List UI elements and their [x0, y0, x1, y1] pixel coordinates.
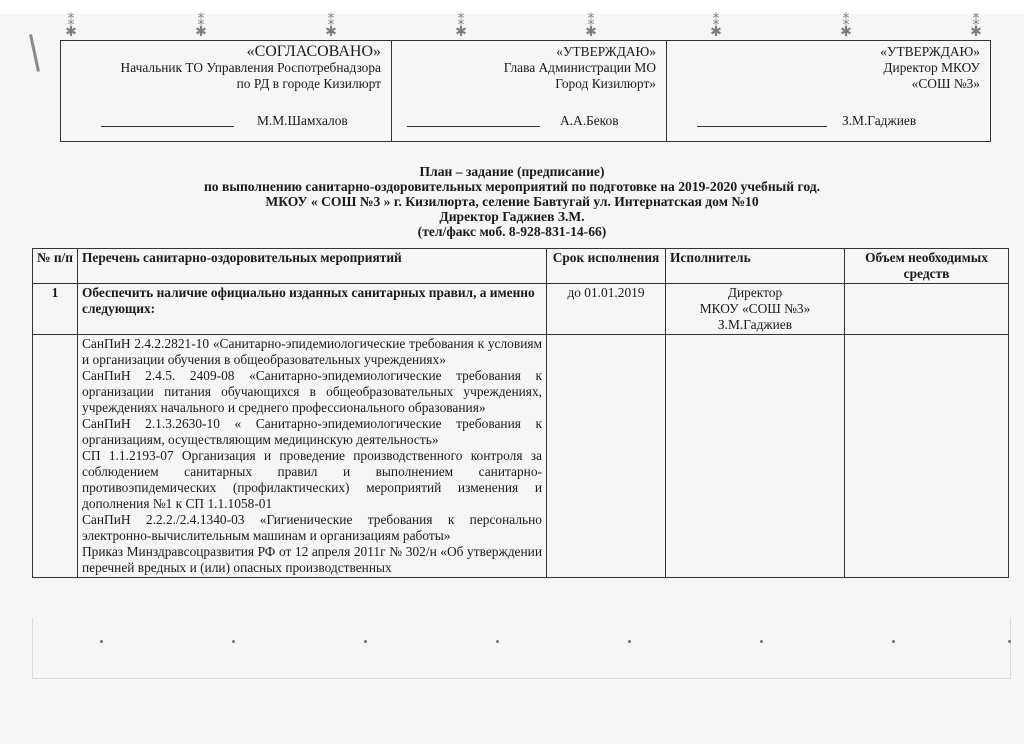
approval-director: «УТВЕРЖДАЮ» Директор МКОУ «СОШ №3» З.М.Г… [667, 41, 990, 141]
approval-stamp: «УТВЕРЖДАЮ» [880, 44, 980, 60]
table-header-row: № п/п Перечень санитарно-оздоровительных… [33, 249, 1009, 284]
stamp-mark-icon: ⁑✱ [580, 16, 602, 38]
approval-stamp: «СОГЛАСОВАНО» [121, 44, 381, 60]
document-item: СанПиН 2.1.3.2630-10 « Санитарно-эпидеми… [82, 416, 542, 448]
row-cost [845, 284, 1009, 335]
approval-line: по РД в городе Кизилюрт [121, 76, 381, 92]
approval-stamp: «УТВЕРЖДАЮ» [504, 44, 656, 60]
signature-line [101, 126, 234, 127]
scan-speck [100, 640, 103, 643]
document-item: Приказ Минздравсоцразвития РФ от 12 апре… [82, 544, 542, 576]
scan-speck [760, 640, 763, 643]
header-executor: Исполнитель [666, 249, 845, 284]
header-cost: Объем необходимых средств [845, 249, 1009, 284]
row-num: 1 [33, 284, 78, 335]
title-line: по выполнению санитарно-оздоровительных … [0, 179, 1024, 194]
approval-line: Директор МКОУ [880, 60, 980, 76]
bleed-through-table [32, 618, 1011, 679]
table-row: 1 Обеспечить наличие официально изданных… [33, 284, 1009, 335]
row-executor: Директор МКОУ «СОШ №3» З.М.Гаджиев [666, 284, 845, 335]
stamp-mark-icon: ⁑✱ [60, 16, 82, 38]
executor-line: Директор [670, 285, 840, 301]
signature-line [697, 126, 827, 127]
stamp-mark-icon: ⁑✱ [835, 16, 857, 38]
scan-speck [892, 640, 895, 643]
approval-line: «СОШ №3» [880, 76, 980, 92]
approval-line: Начальник ТО Управления Роспотребнадзора [121, 60, 381, 76]
plan-table: № п/п Перечень санитарно-оздоровительных… [32, 248, 1009, 578]
header-term: Срок исполнения [547, 249, 666, 284]
document-item: СанПиН 2.4.5. 2409-08 «Санитарно-эпидеми… [82, 368, 542, 416]
title-line: Директор Гаджиев З.М. [0, 209, 1024, 224]
approval-block: «СОГЛАСОВАНО» Начальник ТО Управления Ро… [60, 40, 991, 142]
row-activity: Обеспечить наличие официально изданных с… [78, 284, 547, 335]
row-num [33, 335, 78, 578]
header-num: № п/п [33, 249, 78, 284]
stamp-mark-icon: ⁑✱ [965, 16, 987, 38]
table-row: СанПиН 2.4.2.2821-10 «Санитарно-эпидемио… [33, 335, 1009, 578]
title-line: МКОУ « СОШ №3 » г. Кизилюрта, селение Ба… [0, 194, 1024, 209]
row-documents: СанПиН 2.4.2.2821-10 «Санитарно-эпидемио… [78, 335, 547, 578]
title-line: План – задание (предписание) [0, 164, 1024, 179]
executor-line: З.М.Гаджиев [670, 317, 840, 333]
header-activity: Перечень санитарно-оздоровительных мероп… [78, 249, 547, 284]
approval-agreed: «СОГЛАСОВАНО» Начальник ТО Управления Ро… [61, 41, 392, 141]
document-item: СП 1.1.2193-07 Организация и проведение … [82, 448, 542, 512]
row-cost [845, 335, 1009, 578]
title-line: (тел/факс моб. 8-928-831-14-66) [0, 224, 1024, 239]
stamp-mark-icon: ⁑✱ [320, 16, 342, 38]
document-title: План – задание (предписание) по выполнен… [0, 164, 1024, 239]
scan-speck [364, 640, 367, 643]
row-executor [666, 335, 845, 578]
stamp-mark-icon: ⁑✱ [450, 16, 472, 38]
executor-line: МКОУ «СОШ №3» [670, 301, 840, 317]
row-term [547, 335, 666, 578]
scan-speck [232, 640, 235, 643]
stamp-mark-icon: ⁑✱ [705, 16, 727, 38]
signature-line [407, 126, 540, 127]
approval-administration: «УТВЕРЖДАЮ» Глава Администрации МО Город… [392, 41, 667, 141]
document-item: СанПиН 2.2.2./2.4.1340-03 «Гигиенические… [82, 512, 542, 544]
approval-signatory: А.А.Беков [560, 113, 619, 129]
scan-speck [628, 640, 631, 643]
row-term: до 01.01.2019 [547, 284, 666, 335]
document-item: СанПиН 2.4.2.2821-10 «Санитарно-эпидемио… [82, 336, 542, 368]
scan-speck [1008, 640, 1011, 643]
approval-signatory: З.М.Гаджиев [842, 113, 916, 129]
approval-line: Глава Администрации МО [504, 60, 656, 76]
scan-speck [496, 640, 499, 643]
stamp-mark-icon: ⁑✱ [190, 16, 212, 38]
approval-line: Город Кизилюрт» [504, 76, 656, 92]
approval-signatory: М.М.Шамхалов [257, 113, 348, 129]
